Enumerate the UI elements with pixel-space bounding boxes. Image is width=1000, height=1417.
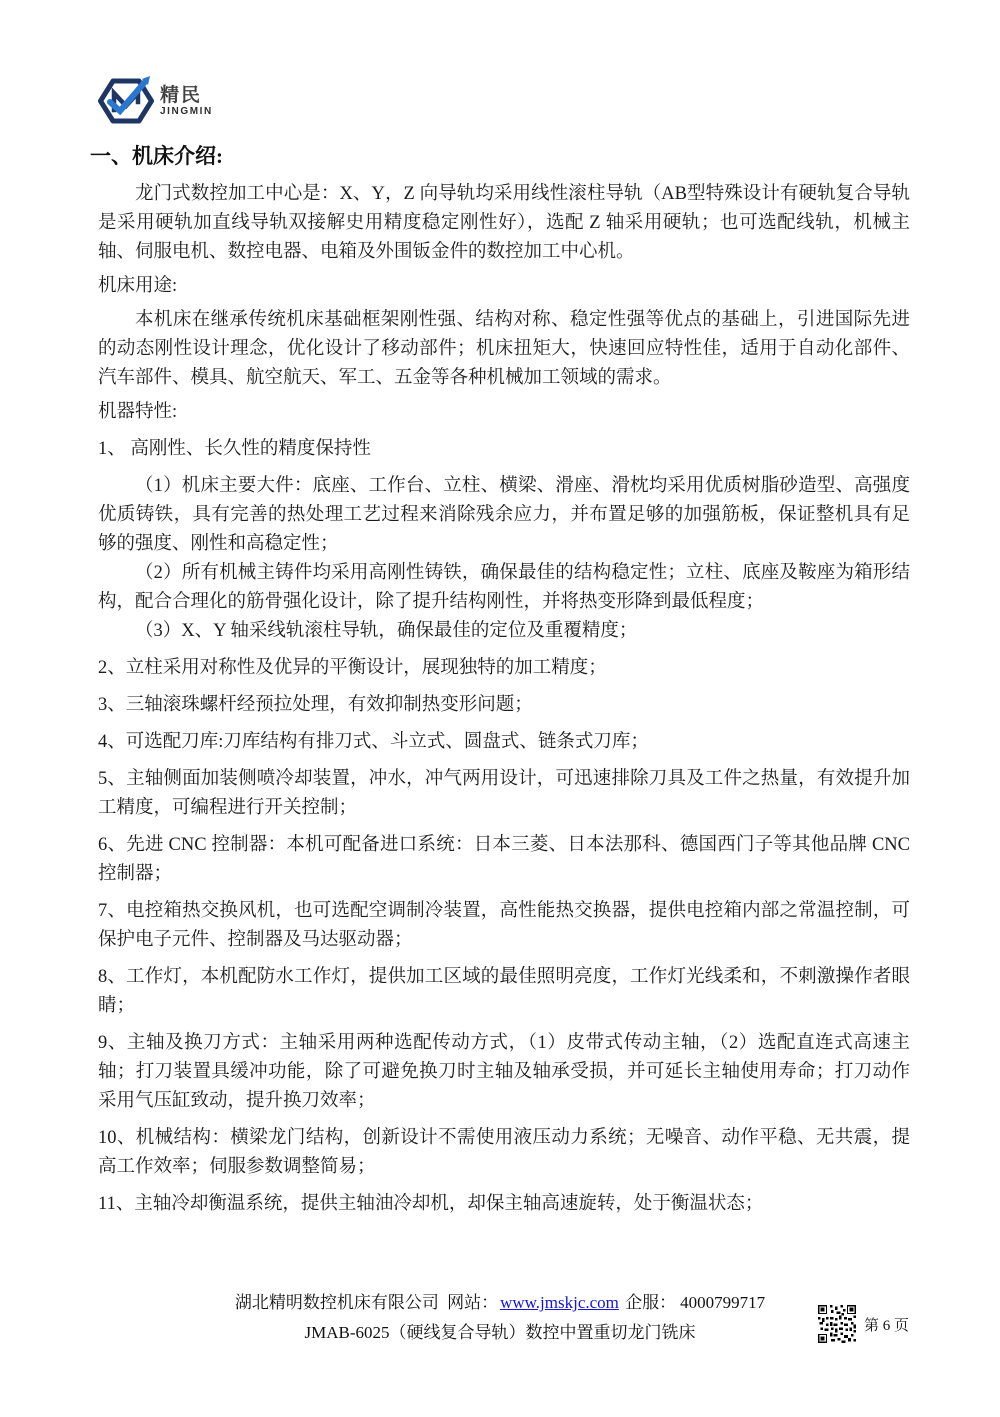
feature-item-9: 9、主轴及换刀方式：主轴采用两种选配传动方式，（1）皮带式传动主轴，（2）选配直… (98, 1029, 910, 1116)
usage-paragraph: 本机床在继承传统机床基础框架刚性强、结构对称、稳定性强等优点的基础上，引进国际先… (98, 306, 910, 393)
brand-name-en: JINGMIN (160, 107, 213, 117)
logo-text: 精民 JINGMIN (160, 86, 213, 117)
feature-item-2: 2、立柱采用对称性及优异的平衡设计，展现独特的加工精度； (98, 654, 910, 683)
feature-item-1-sub-3: （3）X、Y 轴采线轨滚柱导轨，确保最佳的定位及重覆精度； (98, 617, 910, 646)
intro-paragraph: 龙门式数控加工中心是：X、Y，Z 向导轨均采用线性滚柱导轨（AB型特殊设计有硬轨… (98, 180, 910, 267)
footer-company: 湖北精明数控机床有限公司 (235, 1293, 439, 1312)
feature-item-10: 10、机械结构：横梁龙门结构，创新设计不需使用液压动力系统；无噪音、动作平稳、无… (98, 1124, 910, 1182)
feature-item-8: 8、工作灯，本机配防水工作灯，提供加工区域的最佳照明亮度，工作灯光线柔和，不刺激… (98, 963, 910, 1021)
feature-item-3: 3、三轴滚珠螺杆经预拉处理，有效抑制热变形问题； (98, 691, 910, 720)
qr-code-icon (818, 1305, 856, 1343)
brand-name-cn: 精民 (160, 86, 213, 105)
document-page: 精民 JINGMIN 一、机床介绍: 龙门式数控加工中心是：X、Y，Z 向导轨均… (0, 0, 1000, 1417)
feature-item-4: 4、可选配刀库:刀库结构有排刀式、斗立式、圆盘式、链条式刀库； (98, 728, 910, 757)
website-link[interactable]: www.jmskjc.com (500, 1293, 619, 1312)
feature-item-7: 7、电控箱热交换风机，也可选配空调制冷装置，高性能热交换器，提供电控箱内部之常温… (98, 897, 910, 955)
section-heading: 一、机床介绍: (90, 140, 910, 170)
feature-item-1-sub-1: （1）机床主要大件：底座、工作台、立柱、横梁、滑座、滑枕均采用优质树脂砂造型、高… (98, 472, 910, 559)
feature-item-1-sub-2: （2）所有机械主铸件均采用高刚性铸铁，确保最佳的结构稳定性；立柱、底座及鞍座为箱… (98, 559, 910, 617)
feature-item-6: 6、先进 CNC 控制器：本机可配备进口系统：日本三菱、日本法那科、德国西门子等… (98, 831, 910, 889)
feature-item-5: 5、主轴侧面加装侧喷冷却装置，冲水，冲气两用设计，可迅速排除刀具及工件之热量，有… (98, 765, 910, 823)
usage-label: 机床用途: (98, 272, 910, 301)
footer-service-phone: 4000799717 (680, 1293, 765, 1312)
footer-website-label: 网站： (447, 1293, 498, 1312)
jingmin-logo: 精民 JINGMIN (98, 76, 910, 126)
features-label: 机器特性: (98, 398, 910, 427)
page-number: 第 6 页 (864, 1314, 909, 1335)
feature-item-1: 1、 高刚性、长久性的精度保持性 (98, 435, 910, 464)
footer-right-block: 第 6 页 (818, 1305, 909, 1343)
feature-item-11: 11、主轴冷却衡温系统，提供主轴油冷却机，却保主轴高速旋转，处于衡温状态； (98, 1190, 910, 1219)
footer-service-label: 企服： (625, 1293, 676, 1312)
hexagon-m-pen-icon (98, 76, 154, 126)
